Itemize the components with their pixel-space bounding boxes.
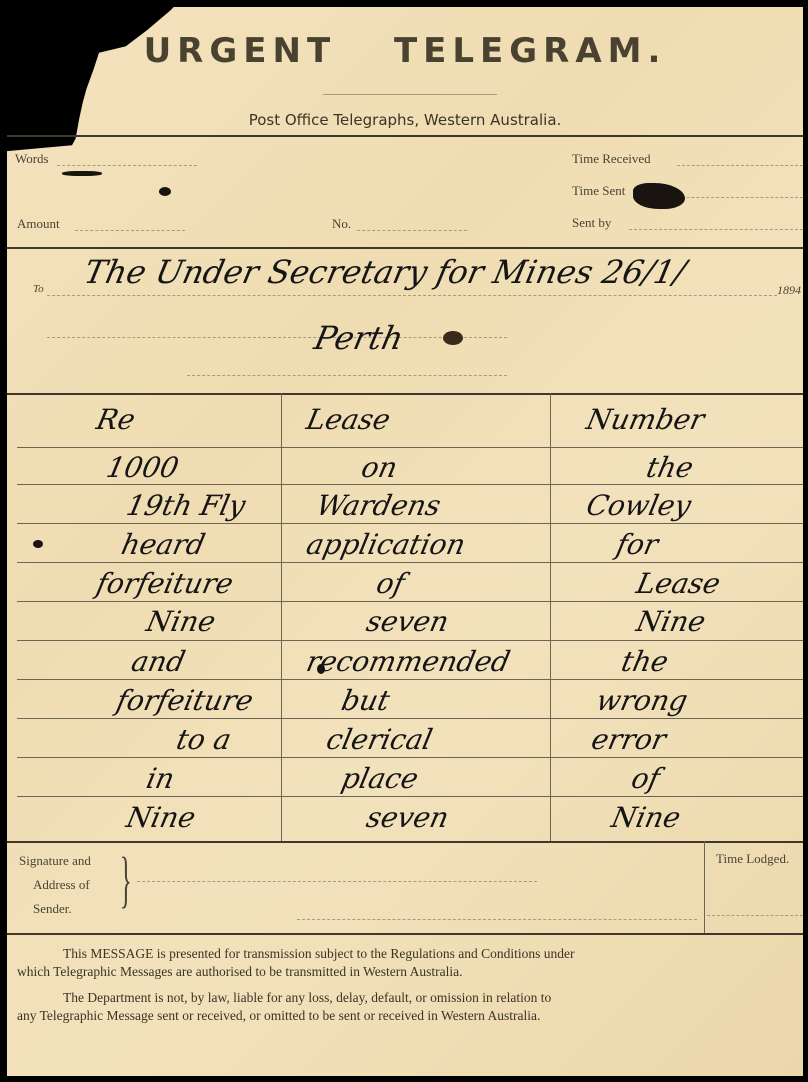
address-rule (7, 247, 803, 249)
ink-blot (62, 171, 102, 176)
time-lodged-label: Time Lodged. (716, 851, 789, 867)
msg-word: application (303, 528, 468, 561)
time-sent-label: Time Sent (572, 183, 625, 199)
row-line (17, 718, 803, 719)
msg-word: Nine (123, 801, 198, 834)
ink-blot (633, 183, 685, 209)
msg-word: recommended (303, 645, 513, 678)
ink-blot (159, 187, 171, 196)
signature-label-3: Sender. (33, 901, 72, 917)
footer-para2-line2: any Telegraphic Message sent or received… (17, 1006, 803, 1025)
column-divider-1 (281, 393, 282, 841)
msg-word: Lease (303, 403, 393, 436)
msg-word: the (643, 451, 696, 484)
form-subtitle: Post Office Telegraphs, Western Australi… (7, 111, 803, 129)
msg-word: Nine (633, 605, 708, 638)
to-label: To (33, 283, 44, 295)
column-divider-2 (550, 393, 551, 841)
row-line (17, 484, 803, 485)
sent-by-label: Sent by (572, 215, 611, 231)
msg-word: forfeiture (93, 567, 236, 600)
sent-by-field[interactable] (629, 229, 803, 230)
signature-top-rule (7, 841, 803, 843)
msg-word: Nine (608, 801, 683, 834)
to-field-line3[interactable] (187, 375, 507, 376)
time-received-field[interactable] (677, 165, 803, 166)
row-line (17, 679, 803, 680)
msg-word: of (373, 567, 407, 600)
form-title: URGENT TELEGRAM. (7, 31, 803, 71)
msg-word: Re (93, 403, 138, 436)
amount-field[interactable] (75, 230, 185, 231)
row-line (17, 757, 803, 758)
time-received-label: Time Received (572, 151, 651, 167)
row-line (17, 562, 803, 563)
footer-para1-line1: This MESSAGE is presented for transmissi… (17, 944, 803, 963)
address-field[interactable] (297, 919, 697, 920)
msg-word: clerical (323, 723, 435, 756)
msg-word: wrong (593, 684, 690, 717)
msg-word: but (338, 684, 392, 717)
signature-label-1: Signature and (19, 853, 91, 869)
ink-blot (443, 331, 463, 345)
msg-word: the (618, 645, 671, 678)
msg-word: seven (363, 605, 451, 638)
signature-label-2: Address of (33, 877, 90, 893)
to-value-line2: Perth (311, 319, 407, 357)
year-label: 1894 (777, 283, 801, 298)
time-lodged-field[interactable] (707, 915, 803, 916)
footer-para1-line2: which Telegraphic Messages are authorise… (17, 962, 803, 981)
brace-icon: } (120, 849, 132, 911)
msg-word: error (588, 723, 669, 756)
to-field-line1[interactable] (47, 295, 777, 296)
header-rule (7, 135, 803, 137)
msg-word: and (128, 645, 188, 678)
msg-word: seven (363, 801, 451, 834)
row-line (17, 523, 803, 524)
msg-word: forfeiture (113, 684, 256, 717)
msg-word: for (613, 528, 661, 561)
msg-word: 19th Fly (123, 489, 248, 522)
row-line (17, 796, 803, 797)
msg-word: Wardens (313, 489, 443, 522)
msg-word: Cowley (583, 489, 694, 522)
title-divider (323, 94, 497, 95)
msg-word: Lease (633, 567, 723, 600)
row-line (17, 447, 803, 448)
no-label: No. (332, 216, 351, 232)
to-field-line2[interactable] (47, 337, 507, 338)
amount-label: Amount (17, 216, 60, 232)
words-label: Words (15, 151, 49, 167)
to-value-line1: The Under Secretary for Mines 26/1/ (81, 253, 689, 291)
ink-blot (33, 540, 43, 548)
msg-word: in (143, 762, 177, 795)
footer-para2-line1: The Department is not, by law, liable fo… (17, 988, 803, 1007)
msg-word: heard (118, 528, 208, 561)
msg-word: to a (173, 723, 234, 756)
msg-word: Nine (143, 605, 218, 638)
msg-word: 1000 (103, 451, 181, 484)
message-top-rule (7, 393, 803, 395)
msg-word: place (338, 762, 421, 795)
words-field[interactable] (57, 165, 197, 166)
signature-field[interactable] (137, 881, 537, 882)
row-line (17, 601, 803, 602)
msg-word: on (358, 451, 400, 484)
msg-word: Number (583, 403, 707, 436)
row-line (17, 640, 803, 641)
no-field[interactable] (357, 230, 467, 231)
footer-rule (7, 933, 803, 935)
ink-blot (317, 664, 325, 674)
time-lodged-divider (704, 841, 705, 933)
telegram-form: URGENT TELEGRAM. Post Office Telegraphs,… (7, 7, 803, 1076)
msg-word: of (628, 762, 662, 795)
